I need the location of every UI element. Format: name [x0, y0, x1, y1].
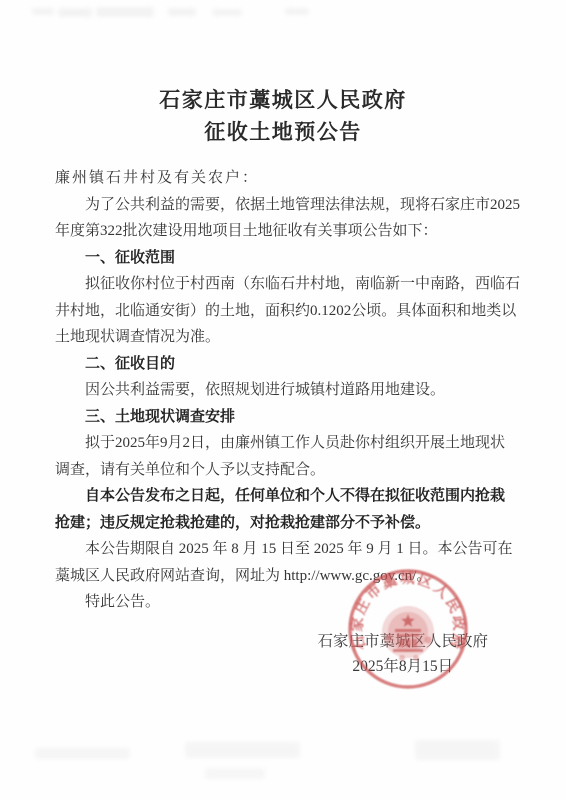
doc-title: 石家庄市藁城区人民政府 征收土地预公告: [0, 84, 566, 148]
scan-artifact: [415, 740, 500, 760]
scan-artifact: [58, 8, 92, 17]
national-emblem-icon: [382, 606, 434, 661]
scan-artifact: [212, 9, 242, 16]
doc-title-line-2: 征收土地预公告: [0, 116, 566, 148]
scan-artifact: [32, 8, 54, 15]
notice-body: 廉州镇石井村及有关农户： 为了公共利益的需要，依据土地管理法律法规，现将石家庄市…: [55, 165, 517, 616]
scan-artifact: [35, 748, 130, 759]
scan-artifact: [185, 742, 300, 758]
section1-line: 井村地，北临通安街）的土地，面积约0.1202公顷。具体面积和地类以: [55, 298, 517, 325]
section1-line: 土地现状调查情况为准。: [55, 324, 517, 351]
validity-line: 本公告期限自 2025 年 8 月 15 日至 2025 年 9 月 1 日。本…: [55, 536, 517, 563]
section2-line: 因公共利益需要，依照规划进行城镇村道路用地建设。: [55, 377, 517, 404]
official-seal: 石家庄市藁城区人民政府: [342, 568, 474, 692]
section3-line: 调查，请有关单位和个人予以支持配合。: [55, 457, 517, 484]
doc-title-line-1: 石家庄市藁城区人民政府: [0, 84, 566, 116]
intro-line: 年度第322批次建设用地项目土地征收有关事项公告如下：: [55, 218, 517, 245]
intro-line: 为了公共利益的需要，依据土地管理法律法规，现将石家庄市2025: [55, 192, 517, 219]
warning-line: 抢建；违反规定抢栽抢建的，对抢栽抢建部分不予补偿。: [55, 510, 517, 537]
section3-line: 拟于2025年9月2日，由廉州镇工作人员赴你村组织开展土地现状: [55, 430, 517, 457]
section2-heading: 二、征收目的: [55, 351, 517, 378]
warning-line: 自本公告发布之日起，任何单位和个人不得在拟征收范围内抢栽: [55, 483, 517, 510]
scan-artifact: [205, 768, 265, 779]
section3-heading: 三、土地现状调查安排: [55, 404, 517, 431]
scan-artifact: [285, 8, 309, 15]
scanned-notice-page: 石家庄市藁城区人民政府 征收土地预公告 廉州镇石井村及有关农户： 为了公共利益的…: [0, 0, 566, 800]
section1-heading: 一、征收范围: [55, 245, 517, 272]
salutation-line: 廉州镇石井村及有关农户：: [55, 165, 517, 192]
section1-line: 拟征收你村位于村西南（东临石井村地，南临新一中南路，西临石: [55, 271, 517, 298]
scan-artifact: [96, 7, 154, 17]
scan-artifact: [168, 8, 196, 16]
